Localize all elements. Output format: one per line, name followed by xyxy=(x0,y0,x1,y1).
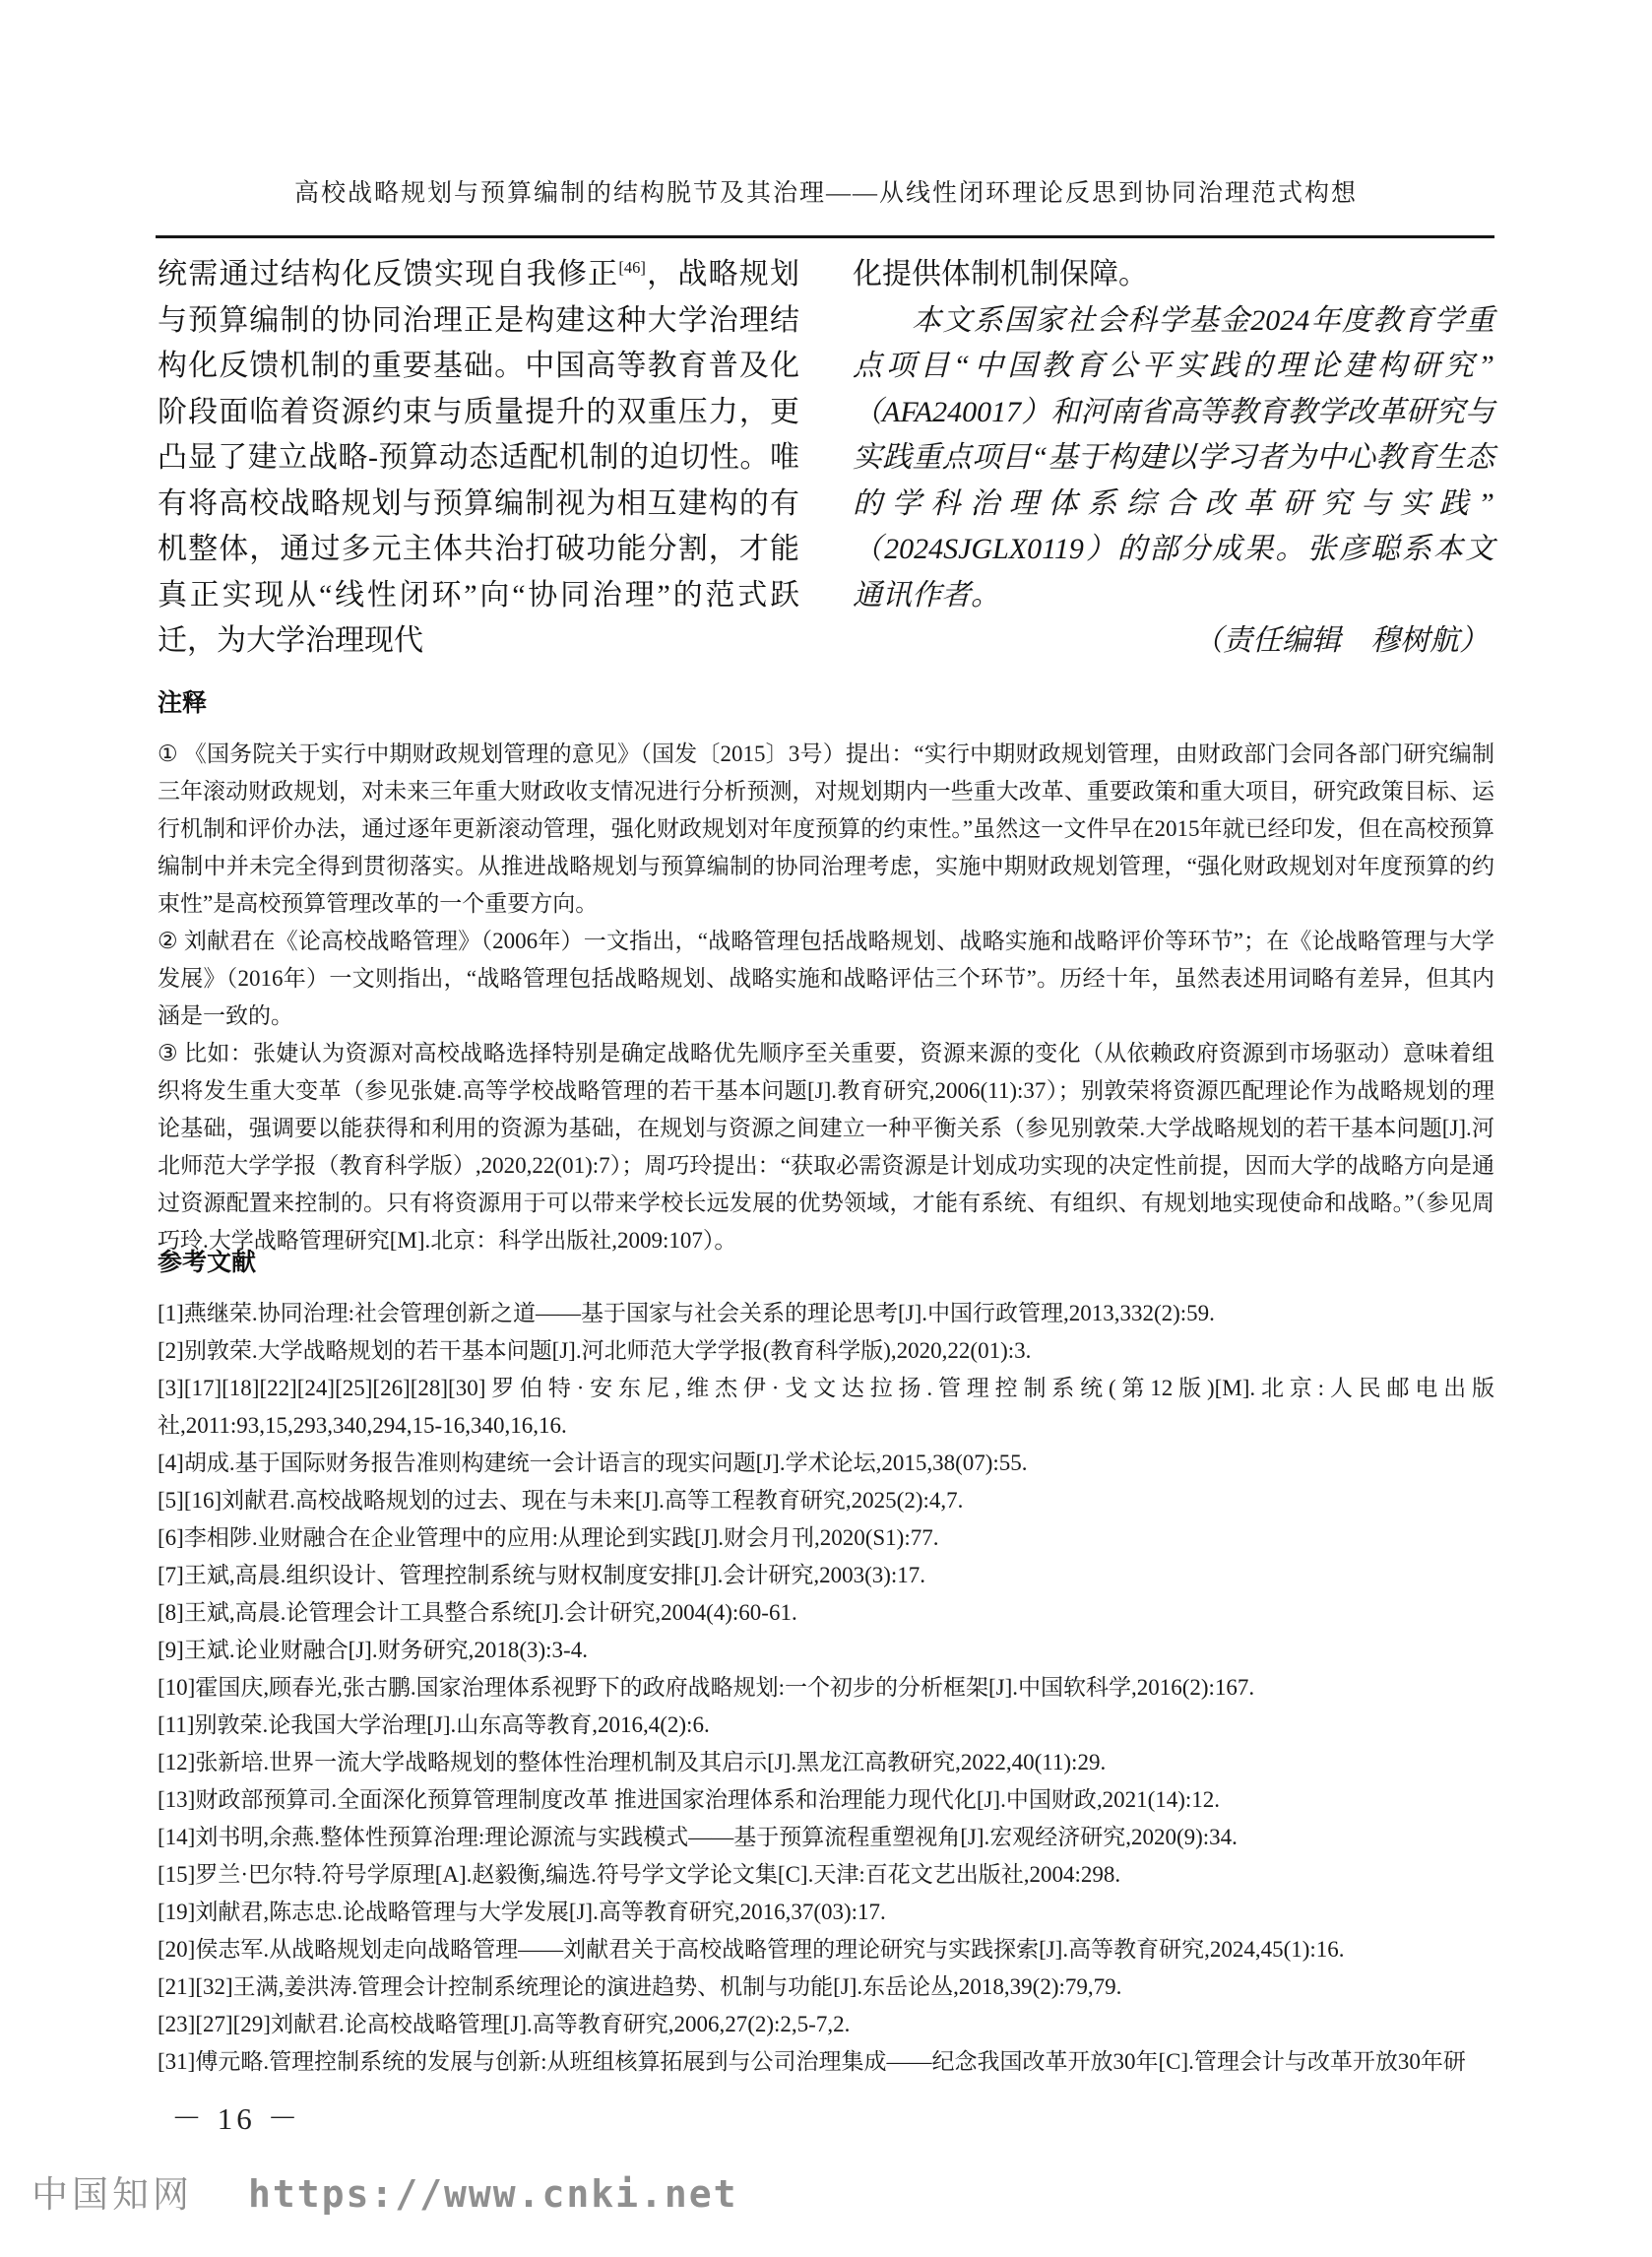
notes-heading: 注释 xyxy=(158,683,1494,719)
note-item: ②刘献君在《论高校战略管理》（2006年）一文指出，“战略管理包括战略规划、战略… xyxy=(158,923,1494,1035)
reference-item: [31]傅元略.管理控制系统的发展与创新:从班组核算拓展到与公司治理集成——纪念… xyxy=(158,2043,1494,2081)
reference-item: [14]刘书明,余燕.整体性预算治理:理论源流与实践模式——基于预算流程重塑视角… xyxy=(158,1819,1494,1856)
reference-item: [23][27][29]刘献君.论高校战略管理[J].高等教育研究,2006,2… xyxy=(158,2006,1494,2043)
reference-item: [8]王斌,高晨.论管理会计工具整合系统[J].会计研究,2004(4):60-… xyxy=(158,1594,1494,1632)
reference-item: [7]王斌,高晨.组织设计、管理控制系统与财权制度安排[J].会计研究,2003… xyxy=(158,1557,1494,1594)
reference-item: [1]燕继荣.协同治理:社会管理创新之道——基于国家与社会关系的理论思考[J].… xyxy=(158,1295,1494,1332)
body-columns: 统需通过结构化反馈实现自我修正[46]，战略规划与预算编制的协同治理正是构建这种… xyxy=(158,252,1494,665)
cnki-brand-label: 中国知网 xyxy=(32,2164,193,2218)
note-text: 比如：张婕认为资源对高校战略选择特别是确定战略优先顺序至关重要，资源来源的变化（… xyxy=(158,1041,1494,1253)
body-text: 统需通过结构化反馈实现自我修正 xyxy=(158,258,618,290)
note-number: ③ xyxy=(158,1041,184,1065)
reference-item: [9]王斌.论业财融合[J].财务研究,2018(3):3-4. xyxy=(158,1632,1494,1669)
cnki-watermark: 中国知网 https://www.cnki.net xyxy=(32,2164,738,2218)
note-number: ② xyxy=(158,929,184,953)
page-number: － 16 － xyxy=(171,2094,302,2138)
reference-item: [21][32]王满,姜洪涛.管理会计控制系统理论的演进趋势、机制与功能[J].… xyxy=(158,1968,1494,2006)
body-paragraph: 化提供体制机制保障。 xyxy=(853,252,1494,298)
reference-item: [4]胡成.基于国际财务报告准则构建统一会计语言的现实问题[J].学术论坛,20… xyxy=(158,1445,1494,1482)
reference-item: [3][17][18][22][24][25][26][28][30]罗伯特·安… xyxy=(158,1370,1494,1445)
note-item: ①《国务院关于实行中期财政规划管理的意见》（国发〔2015〕3号）提出：“实行中… xyxy=(158,736,1494,923)
responsible-editor-line: （责任编辑 穆树航） xyxy=(853,618,1494,665)
body-text: ，战略规划与预算编制的协同治理正是构建这种大学治理结构化反馈机制的重要基础。中国… xyxy=(158,258,799,657)
journal-page: 高校战略规划与预算编制的结构脱节及其治理——从线性闭环理论反思到协同治理范式构想… xyxy=(0,0,1652,2257)
reference-item: [6]李相陟.业财融合在企业管理中的应用:从理论到实践[J].财会月刊,2020… xyxy=(158,1519,1494,1557)
reference-item: [13]财政部预算司.全面深化预算管理制度改革 推进国家治理体系和治理能力现代化… xyxy=(158,1781,1494,1819)
reference-item: [5][16]刘献君.高校战略规划的过去、现在与未来[J].高等工程教育研究,2… xyxy=(158,1482,1494,1519)
body-right-column: 化提供体制机制保障。 本文系国家社会科学基金2024年度教育学重点项目“中国教育… xyxy=(853,252,1494,665)
body-paragraph: 统需通过结构化反馈实现自我修正[46]，战略规划与预算编制的协同治理正是构建这种… xyxy=(158,252,799,665)
reference-item: [12]张新培.世界一流大学战略规划的整体性治理机制及其启示[J].黑龙江高教研… xyxy=(158,1744,1494,1781)
body-left-column: 统需通过结构化反馈实现自我修正[46]，战略规划与预算编制的协同治理正是构建这种… xyxy=(158,252,799,665)
note-item: ③比如：张婕认为资源对高校战略选择特别是确定战略优先顺序至关重要，资源来源的变化… xyxy=(158,1035,1494,1259)
note-text: 刘献君在《论高校战略管理》（2006年）一文指出，“战略管理包括战略规划、战略实… xyxy=(158,929,1494,1028)
references-heading: 参考文献 xyxy=(158,1243,1494,1278)
reference-item: [19]刘献君,陈志忠.论战略管理与大学发展[J].高等教育研究,2016,37… xyxy=(158,1894,1494,1931)
reference-item: [11]别敦荣.论我国大学治理[J].山东高等教育,2016,4(2):6. xyxy=(158,1707,1494,1744)
references-section: 参考文献 [1]燕继荣.协同治理:社会管理创新之道——基于国家与社会关系的理论思… xyxy=(158,1243,1494,2081)
reference-item: [20]侯志军.从战略规划走向战略管理——刘献君关于高校战略管理的理论研究与实践… xyxy=(158,1931,1494,1968)
citation-superscript: [46] xyxy=(618,258,646,277)
header-divider xyxy=(156,235,1494,238)
note-text: 《国务院关于实行中期财政规划管理的意见》（国发〔2015〕3号）提出：“实行中期… xyxy=(158,742,1494,916)
funding-acknowledgement: 本文系国家社会科学基金2024年度教育学重点项目“中国教育公平实践的理论建构研究… xyxy=(853,298,1494,619)
running-head-title: 高校战略规划与预算编制的结构脱节及其治理——从线性闭环理论反思到协同治理范式构想 xyxy=(158,173,1494,209)
reference-item: [10]霍国庆,顾春光,张古鹏.国家治理体系视野下的政府战略规划:一个初步的分析… xyxy=(158,1669,1494,1707)
cnki-url: https://www.cnki.net xyxy=(248,2172,738,2216)
reference-item: [15]罗兰·巴尔特.符号学原理[A].赵毅衡,编选.符号学文学论文集[C].天… xyxy=(158,1856,1494,1894)
note-number: ① xyxy=(158,742,184,766)
reference-item: [2]别敦荣.大学战略规划的若干基本问题[J].河北师范大学学报(教育科学版),… xyxy=(158,1332,1494,1370)
notes-section: 注释 ①《国务院关于实行中期财政规划管理的意见》（国发〔2015〕3号）提出：“… xyxy=(158,683,1494,1259)
